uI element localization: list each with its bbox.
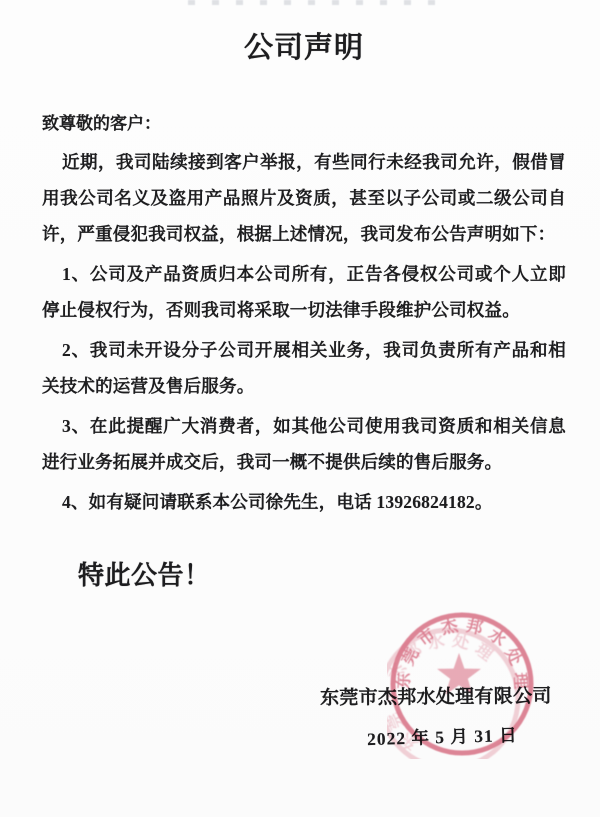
document-body: 公司声明 致尊敬的客户： 近期，我司陆续接到客户举报，有些同行未经我司允许，假借… xyxy=(0,26,600,594)
cropped-text-remnant xyxy=(188,0,440,5)
paragraph-item-2: 2、我司未开设分子公司开展相关业务，我司负责所有产品和相关技术的运营及售后服务。 xyxy=(42,332,566,404)
closing-statement: 特此公告！ xyxy=(78,558,566,594)
salutation: 致尊敬的客户： xyxy=(42,106,566,142)
company-seal-stamp: 东莞市杰邦水处理有限公司 东莞市杰邦水处理有限公司 xyxy=(387,609,537,759)
paragraph-intro: 近期，我司陆续接到客户举报，有些同行未经我司允许，假借冒用我公司名义及盗用产品照… xyxy=(42,144,566,252)
seal-star-icon xyxy=(437,653,481,695)
paragraph-item-4: 4、如有疑问请联系本公司徐先生，电话 13926824182。 xyxy=(42,484,566,520)
paragraph-item-3: 3、在此提醒广大消费者，如其他公司使用我司资质和相关信息进行业务拓展并成交后，我… xyxy=(42,408,566,480)
scanned-document: 公司声明 致尊敬的客户： 近期，我司陆续接到客户举报，有些同行未经我司允许，假借… xyxy=(0,0,600,817)
document-title: 公司声明 xyxy=(42,26,566,70)
paragraph-item-1: 1、公司及产品资质归本公司所有，正告各侵权公司或个人立即停止侵权行为，否则我司将… xyxy=(42,256,566,328)
